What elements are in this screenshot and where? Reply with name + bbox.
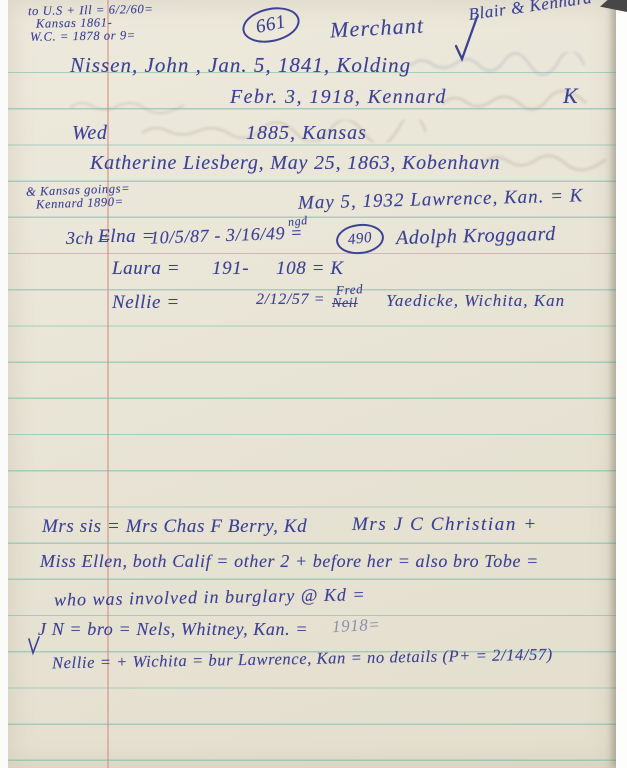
death-code: K: [563, 84, 578, 108]
child-nellie-name: Nellie =: [112, 293, 180, 314]
bleed-through-mark: [68, 96, 188, 116]
note-sisters-1: Mrs sis = Mrs Chas F Berry, Kd: [42, 517, 307, 538]
child-elna-name: Elna =: [98, 227, 155, 248]
note-wc-year: W.C. = 1878 or 9=: [30, 29, 136, 45]
spouse-name-birth-line: Katherine Liesberg, May 25, 1863, Kobenh…: [90, 152, 500, 174]
death-line: Febr. 3, 1918, Kennard: [230, 86, 447, 108]
child-laura-name: Laura =: [112, 259, 180, 280]
ledger-paper: to U.S + Ill = 6/2/60= Kansas 1861- W.C.…: [8, 0, 616, 768]
page-number: 661: [254, 12, 288, 39]
wed-label: Wed: [72, 122, 108, 144]
family-names-heading: Blair & Kennard: [467, 0, 593, 25]
scan-edge-right: [616, 0, 627, 768]
child-elna-spouse: Adolph Kroggaard: [396, 223, 556, 249]
note-ellen-tobe: Miss Ellen, both Calif = other 2 + befor…: [40, 552, 539, 572]
bleed-through-mark: [408, 52, 588, 76]
note-brother-year: 1918=: [332, 616, 381, 637]
child-laura-more: 108 = K: [276, 259, 344, 280]
child-elna-note: ngd: [287, 214, 308, 229]
wed-year-place: 1885, Kansas: [246, 122, 367, 144]
note-brother-nels: J N = bro = Nels, Whitney, Kan. =: [38, 620, 308, 640]
child-elna-ref-number: 490: [347, 230, 373, 249]
note-sisters-2: Mrs J C Christian +: [352, 515, 538, 536]
child-nellie-spouse-original: Neil: [332, 296, 358, 311]
occupation: Merchant: [329, 14, 424, 43]
small-check-icon: [28, 636, 42, 656]
scanned-ledger-page: to U.S + Ill = 6/2/60= Kansas 1861- W.C.…: [0, 0, 627, 768]
name-birth-line: Nissen, John , Jan. 5, 1841, Kolding: [70, 54, 411, 77]
child-nellie-date: 2/12/57 =: [256, 291, 325, 309]
child-laura-dates: 191-: [212, 259, 249, 280]
child-nellie-spouse-rest: Yaedicke, Wichita, Kan: [386, 292, 565, 311]
